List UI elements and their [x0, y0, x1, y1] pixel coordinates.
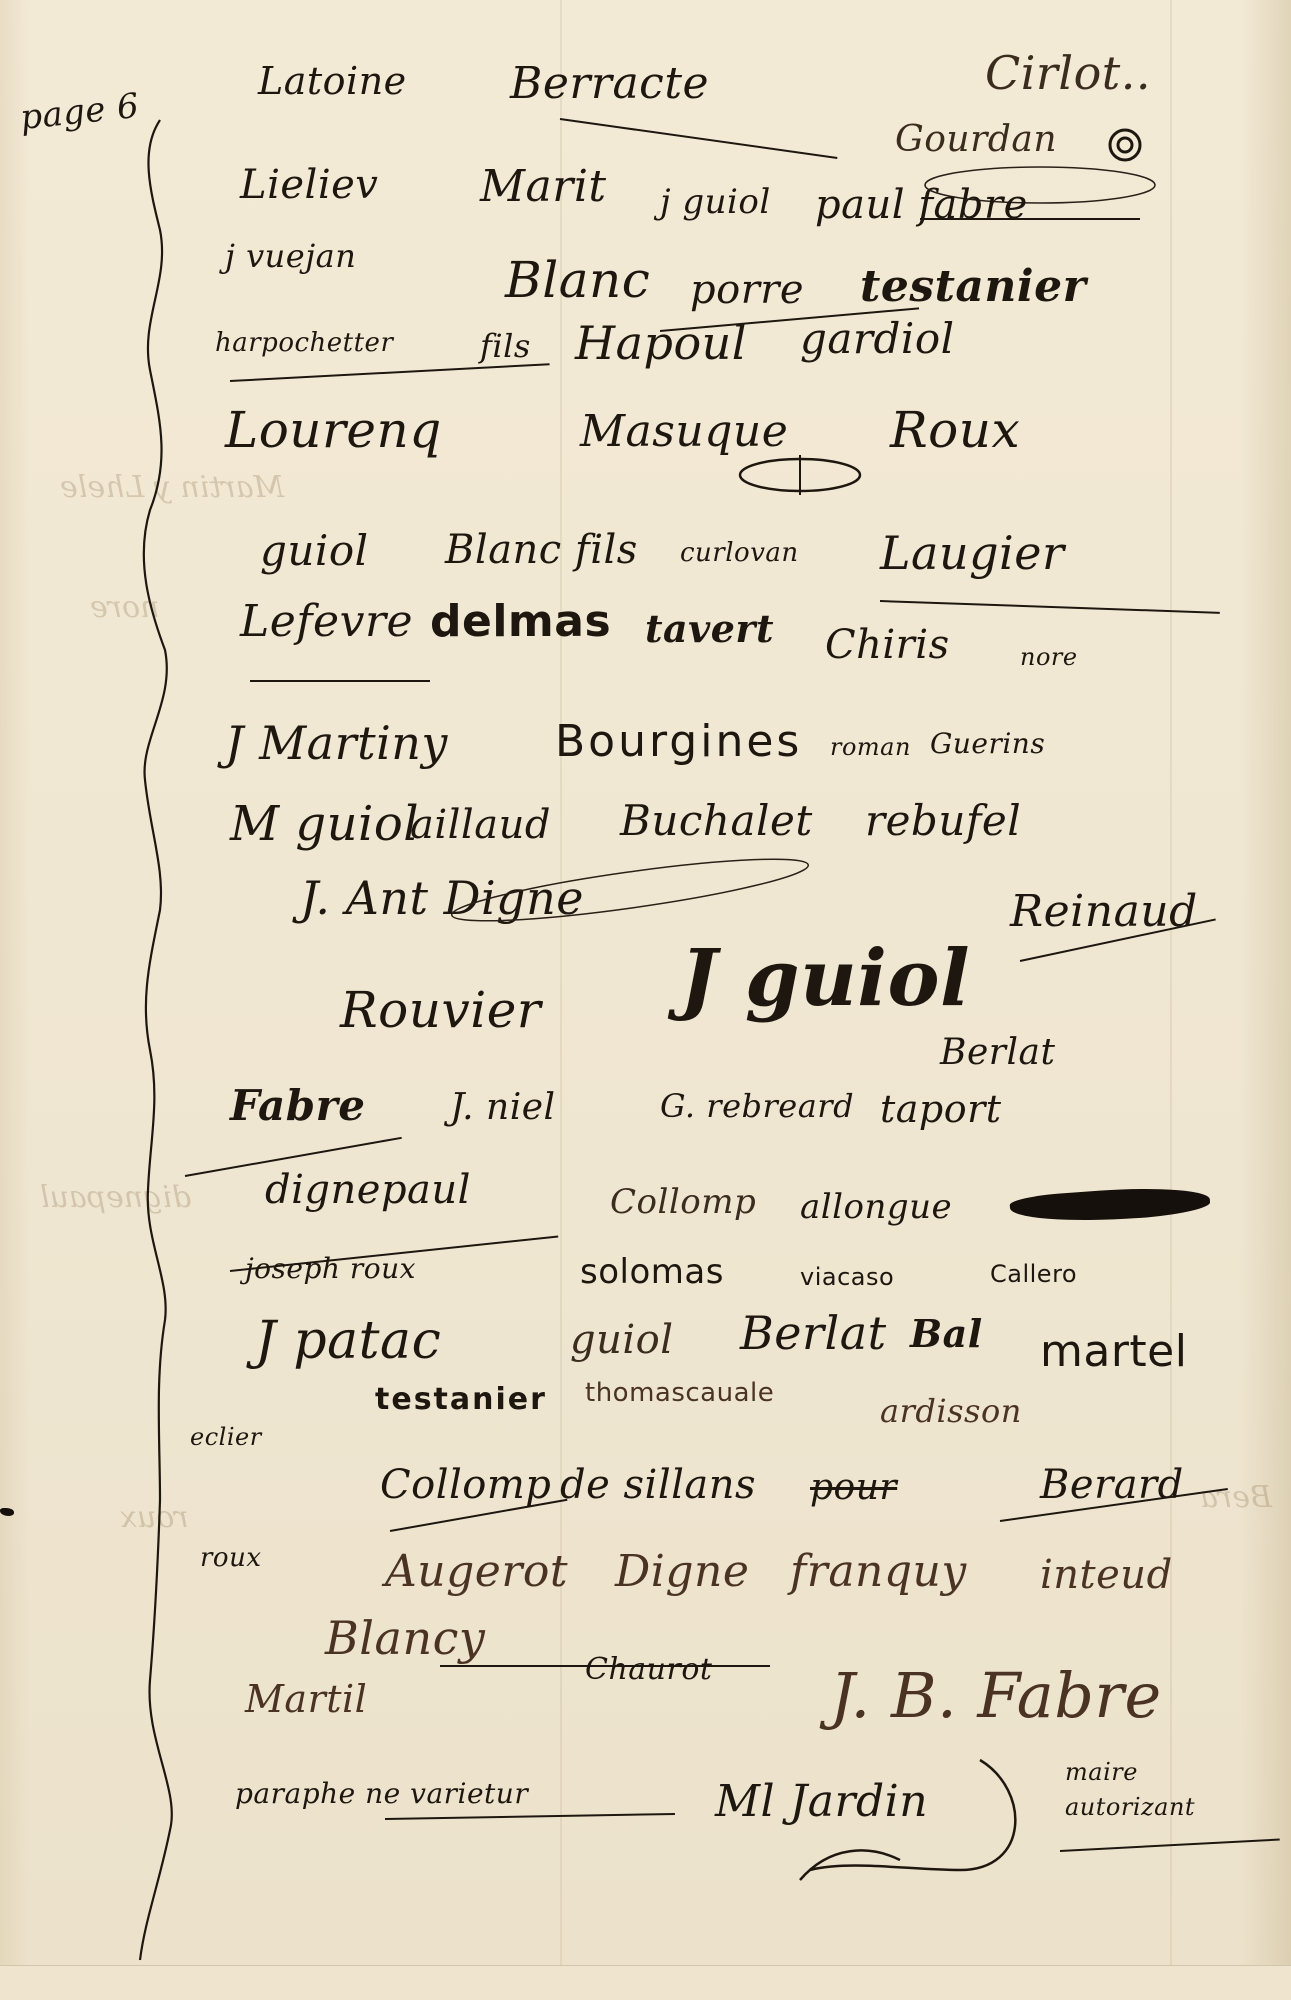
- signature-struck: pour: [810, 1470, 897, 1506]
- signature: nore: [1020, 645, 1078, 669]
- bleed-through-text: Bera: [1200, 1480, 1272, 1515]
- signature: G. rebreard: [660, 1090, 854, 1122]
- signature: testanier: [860, 265, 1086, 309]
- signature: inteud: [1040, 1555, 1173, 1595]
- signature: Chaurot: [585, 1655, 712, 1685]
- signature: M guiol: [230, 800, 419, 848]
- paper-fold: [1170, 0, 1172, 2000]
- signature: Berlat: [740, 1310, 887, 1356]
- signature: Callero: [990, 1262, 1077, 1286]
- signature: Guerins: [930, 730, 1045, 758]
- flourish: [385, 1813, 675, 1820]
- signature: Buchalet: [620, 800, 813, 842]
- flourish: [440, 1665, 770, 1667]
- signature: Hapoul: [575, 320, 747, 366]
- flourish: [920, 218, 1140, 220]
- signature: porre: [690, 270, 804, 310]
- signature: Fabre: [230, 1085, 365, 1127]
- page-bottom-edge: [0, 1965, 1291, 2000]
- signature: J. B. Fabre: [830, 1665, 1162, 1727]
- signature: allongue: [800, 1190, 952, 1224]
- flourish: [560, 118, 838, 159]
- signature: Augerot: [385, 1550, 568, 1594]
- signature: guiol: [260, 530, 369, 572]
- signature: Latoine: [258, 62, 407, 100]
- signature: aillaud: [410, 805, 551, 845]
- signature: martel: [1040, 1330, 1187, 1374]
- signature: Berracte: [510, 62, 709, 106]
- signature: Lourenq: [225, 405, 442, 455]
- signature: roux: [200, 1545, 262, 1571]
- signature: J Martiny: [225, 720, 448, 766]
- signature: solomas: [580, 1255, 724, 1289]
- signature: fils: [480, 330, 531, 362]
- signature: j guiol: [660, 185, 771, 219]
- signature: Bourgines: [555, 720, 802, 764]
- signature: delmas: [430, 600, 611, 644]
- signature: J guiol: [680, 940, 970, 1018]
- signature: Bal: [910, 1315, 983, 1353]
- ink-strikeout: [1009, 1183, 1211, 1227]
- signature: tavert: [645, 610, 774, 648]
- signature: Lefevre: [240, 600, 413, 644]
- paraph-icon: [730, 450, 870, 500]
- signature: franquy: [790, 1550, 967, 1594]
- signature: Digne: [615, 1550, 749, 1594]
- signature: Blanc fils: [445, 530, 638, 570]
- signature: de sillans: [560, 1465, 756, 1505]
- signature: rebufel: [865, 800, 1021, 842]
- manuscript-page: Martin y Lhele nore dignepaul roux Bera …: [0, 0, 1291, 2000]
- signature: Masuque: [580, 410, 788, 454]
- signature: Marit: [480, 165, 607, 209]
- signature: harpochetter: [215, 330, 393, 356]
- signature: eclier: [190, 1425, 262, 1449]
- signature: Cirlot..: [985, 50, 1151, 96]
- signature: viacaso: [800, 1265, 894, 1289]
- signature: j vuejan: [225, 240, 356, 272]
- signature: Blancy: [325, 1615, 485, 1661]
- signature: Gourdan: [895, 122, 1057, 158]
- signature: Chiris: [825, 625, 950, 665]
- signature: Lieliev: [240, 165, 378, 205]
- signature: Rouvier: [340, 985, 541, 1035]
- paraph-icon: [790, 1750, 1090, 1890]
- signature: Laugier: [880, 530, 1064, 576]
- signature: Blanc: [505, 255, 650, 305]
- signature: roman: [830, 735, 911, 759]
- signature: taport: [880, 1090, 1002, 1128]
- signature: J patac: [255, 1315, 441, 1367]
- signature: Martil: [245, 1680, 367, 1718]
- signature: Collomp: [380, 1465, 551, 1505]
- signature: paraphe ne varietur: [235, 1780, 528, 1808]
- signature: guiol: [570, 1320, 674, 1360]
- flourish: [250, 680, 430, 682]
- signature: Collomp: [610, 1185, 756, 1219]
- signature: Roux: [890, 405, 1020, 455]
- signature: testanier: [375, 1385, 547, 1415]
- signature: dignepaul: [265, 1170, 471, 1210]
- flourish: [880, 600, 1220, 614]
- signature: Berlat: [940, 1035, 1055, 1071]
- signature: thomascauale: [585, 1380, 774, 1406]
- signature: gardiol: [800, 318, 955, 360]
- signature: J. niel: [450, 1090, 556, 1126]
- signature: ardisson: [880, 1395, 1022, 1427]
- signature: curlovan: [680, 540, 799, 566]
